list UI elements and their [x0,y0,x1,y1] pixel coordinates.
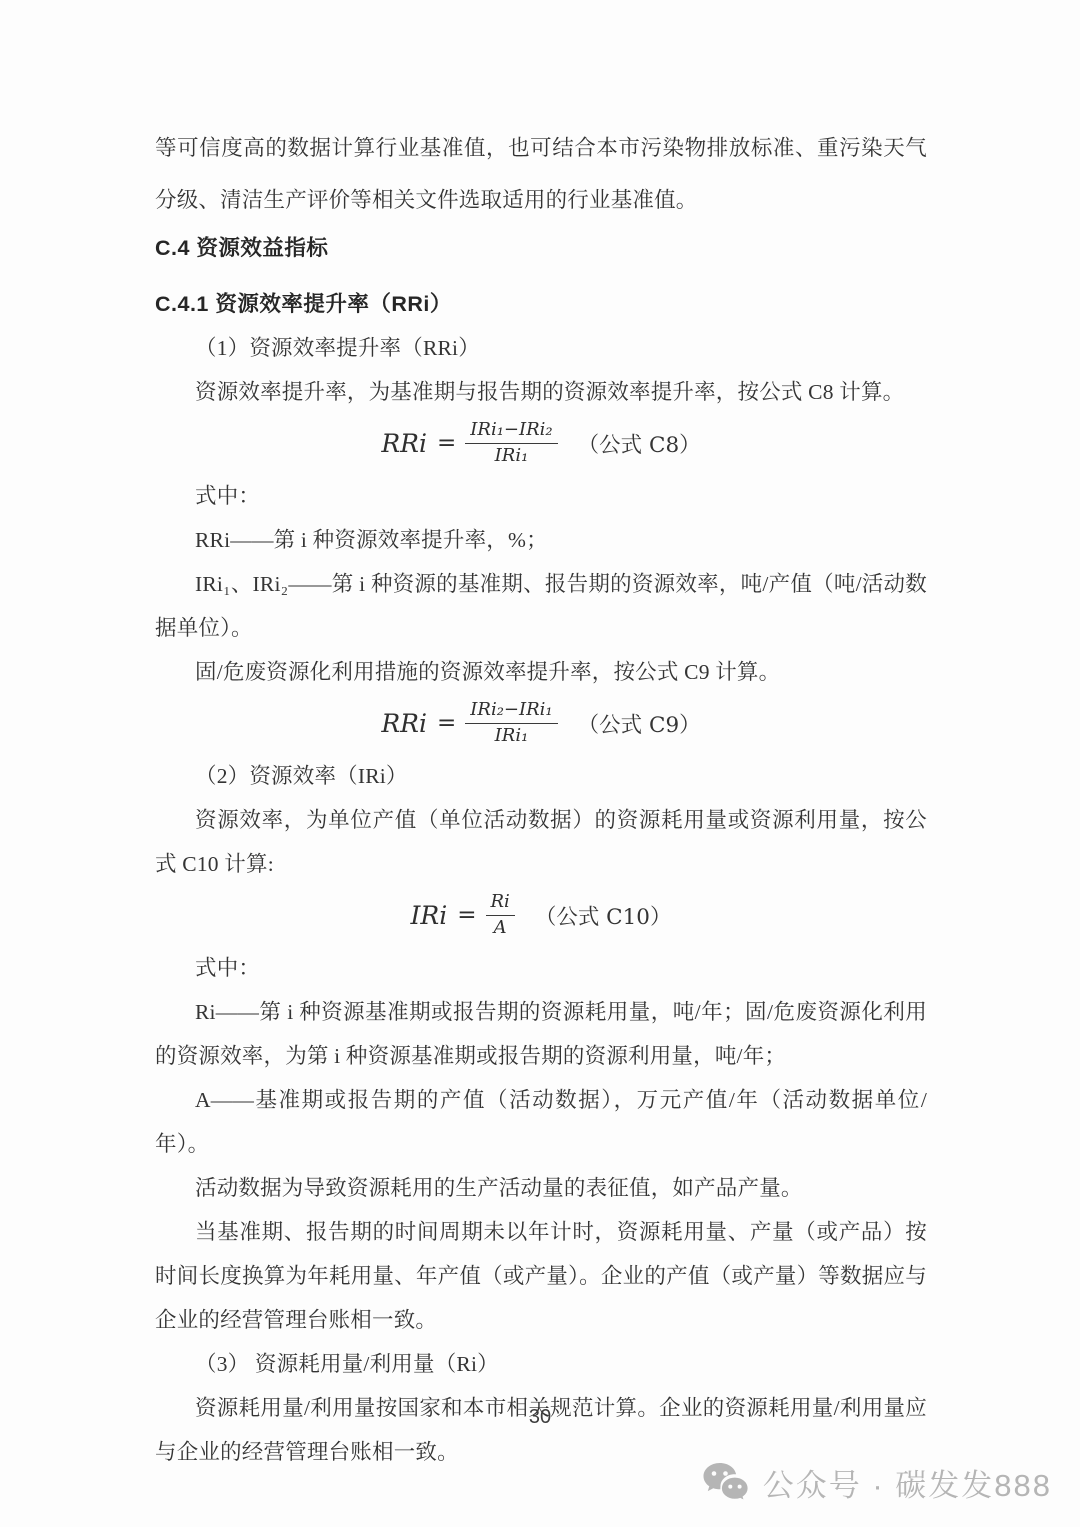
formula-c10-lhs: IRi [411,901,448,930]
formula-c10-denominator: A [494,916,507,939]
paragraph-ri-def: Ri——第 i 种资源基准期或报告期的资源耗用量，吨/年；固/危废资源化利用的资… [155,990,927,1078]
paragraph-intro: 等可信度高的数据计算行业基准值，也可结合本市污染物排放标准、重污染天气分级、清洁… [155,122,927,226]
formula-c8-fraction: IRi₁−IRi₂ IRi₁ [465,420,557,466]
paragraph-solid-waste: 固/危废资源化利用措施的资源效率提升率，按公式 C9 计算。 [155,650,927,694]
paragraph-activity-data: 活动数据为导致资源耗用的生产活动量的表征值，如产品产量。 [155,1166,927,1210]
paragraph-iri-def: IRi₁、IRi₂——第 i 种资源的基准期、报告期的资源效率，吨/产值（吨/活… [155,562,927,650]
section-heading-c41: C.4.1 资源效率提升率（RRi） [155,282,927,326]
formula-c10-fraction: Ri A [486,892,515,938]
paragraph-item-2: （2）资源效率（IRi） [155,754,927,798]
formula-c10-equals: = [457,902,476,928]
page-body: 等可信度高的数据计算行业基准值，也可结合本市污染物排放标准、重污染天气分级、清洁… [155,122,927,1474]
formula-c8-lhs: RRi [381,429,427,458]
formula-c8-equals: = [437,430,456,456]
formula-c9-numerator: IRi₂−IRi₁ [465,700,557,724]
formula-c10-label: （公式 C10） [535,900,672,931]
watermark-text: 公众号 · 碳发发888 [763,1460,1052,1505]
watermark: 公众号 · 碳发发888 [703,1460,1052,1505]
paragraph-item-1: （1）资源效率提升率（RRi） [155,326,927,370]
formula-c8-denominator: IRi₁ [495,444,529,467]
paragraph-rri-def: RRi——第 i 种资源效率提升率，%； [155,518,927,562]
formula-c10-numerator: Ri [486,892,515,916]
paragraph-rri-desc: 资源效率提升率，为基准期与报告期的资源效率提升率，按公式 C8 计算。 [155,370,927,414]
formula-c10: IRi = Ri A （公式 C10） [155,890,927,940]
paragraph-period-conversion: 当基准期、报告期的时间周期未以年计时，资源耗用量、产量（或产品）按时间长度换算为… [155,1210,927,1342]
formula-c9-label: （公式 C9） [578,708,701,739]
formula-c8-numerator: IRi₁−IRi₂ [465,420,557,444]
formula-c9-denominator: IRi₁ [495,724,529,747]
formula-c9: RRi = IRi₂−IRi₁ IRi₁ （公式 C9） [155,698,927,748]
section-heading-c4: C.4 资源效益指标 [155,226,927,270]
paragraph-iri-desc: 资源效率，为单位产值（单位活动数据）的资源耗用量或资源利用量，按公式 C10 计… [155,798,927,886]
paragraph-item-3: （3） 资源耗用量/利用量（Ri） [155,1342,927,1386]
document-page: 等可信度高的数据计算行业基准值，也可结合本市污染物排放标准、重污染天气分级、清洁… [0,0,1080,1527]
paragraph-where-2: 式中： [155,946,927,990]
formula-c8: RRi = IRi₁−IRi₂ IRi₁ （公式 C8） [155,418,927,468]
formula-c9-lhs: RRi [381,709,427,738]
paragraph-a-def: A——基准期或报告期的产值（活动数据），万元产值/年（活动数据单位/年）。 [155,1078,927,1166]
formula-c9-equals: = [437,710,456,736]
wechat-icon [703,1462,749,1503]
page-number: 30 [0,1406,1080,1429]
formula-c8-label: （公式 C8） [578,428,701,459]
paragraph-where-1: 式中： [155,474,927,518]
formula-c9-fraction: IRi₂−IRi₁ IRi₁ [465,700,557,746]
